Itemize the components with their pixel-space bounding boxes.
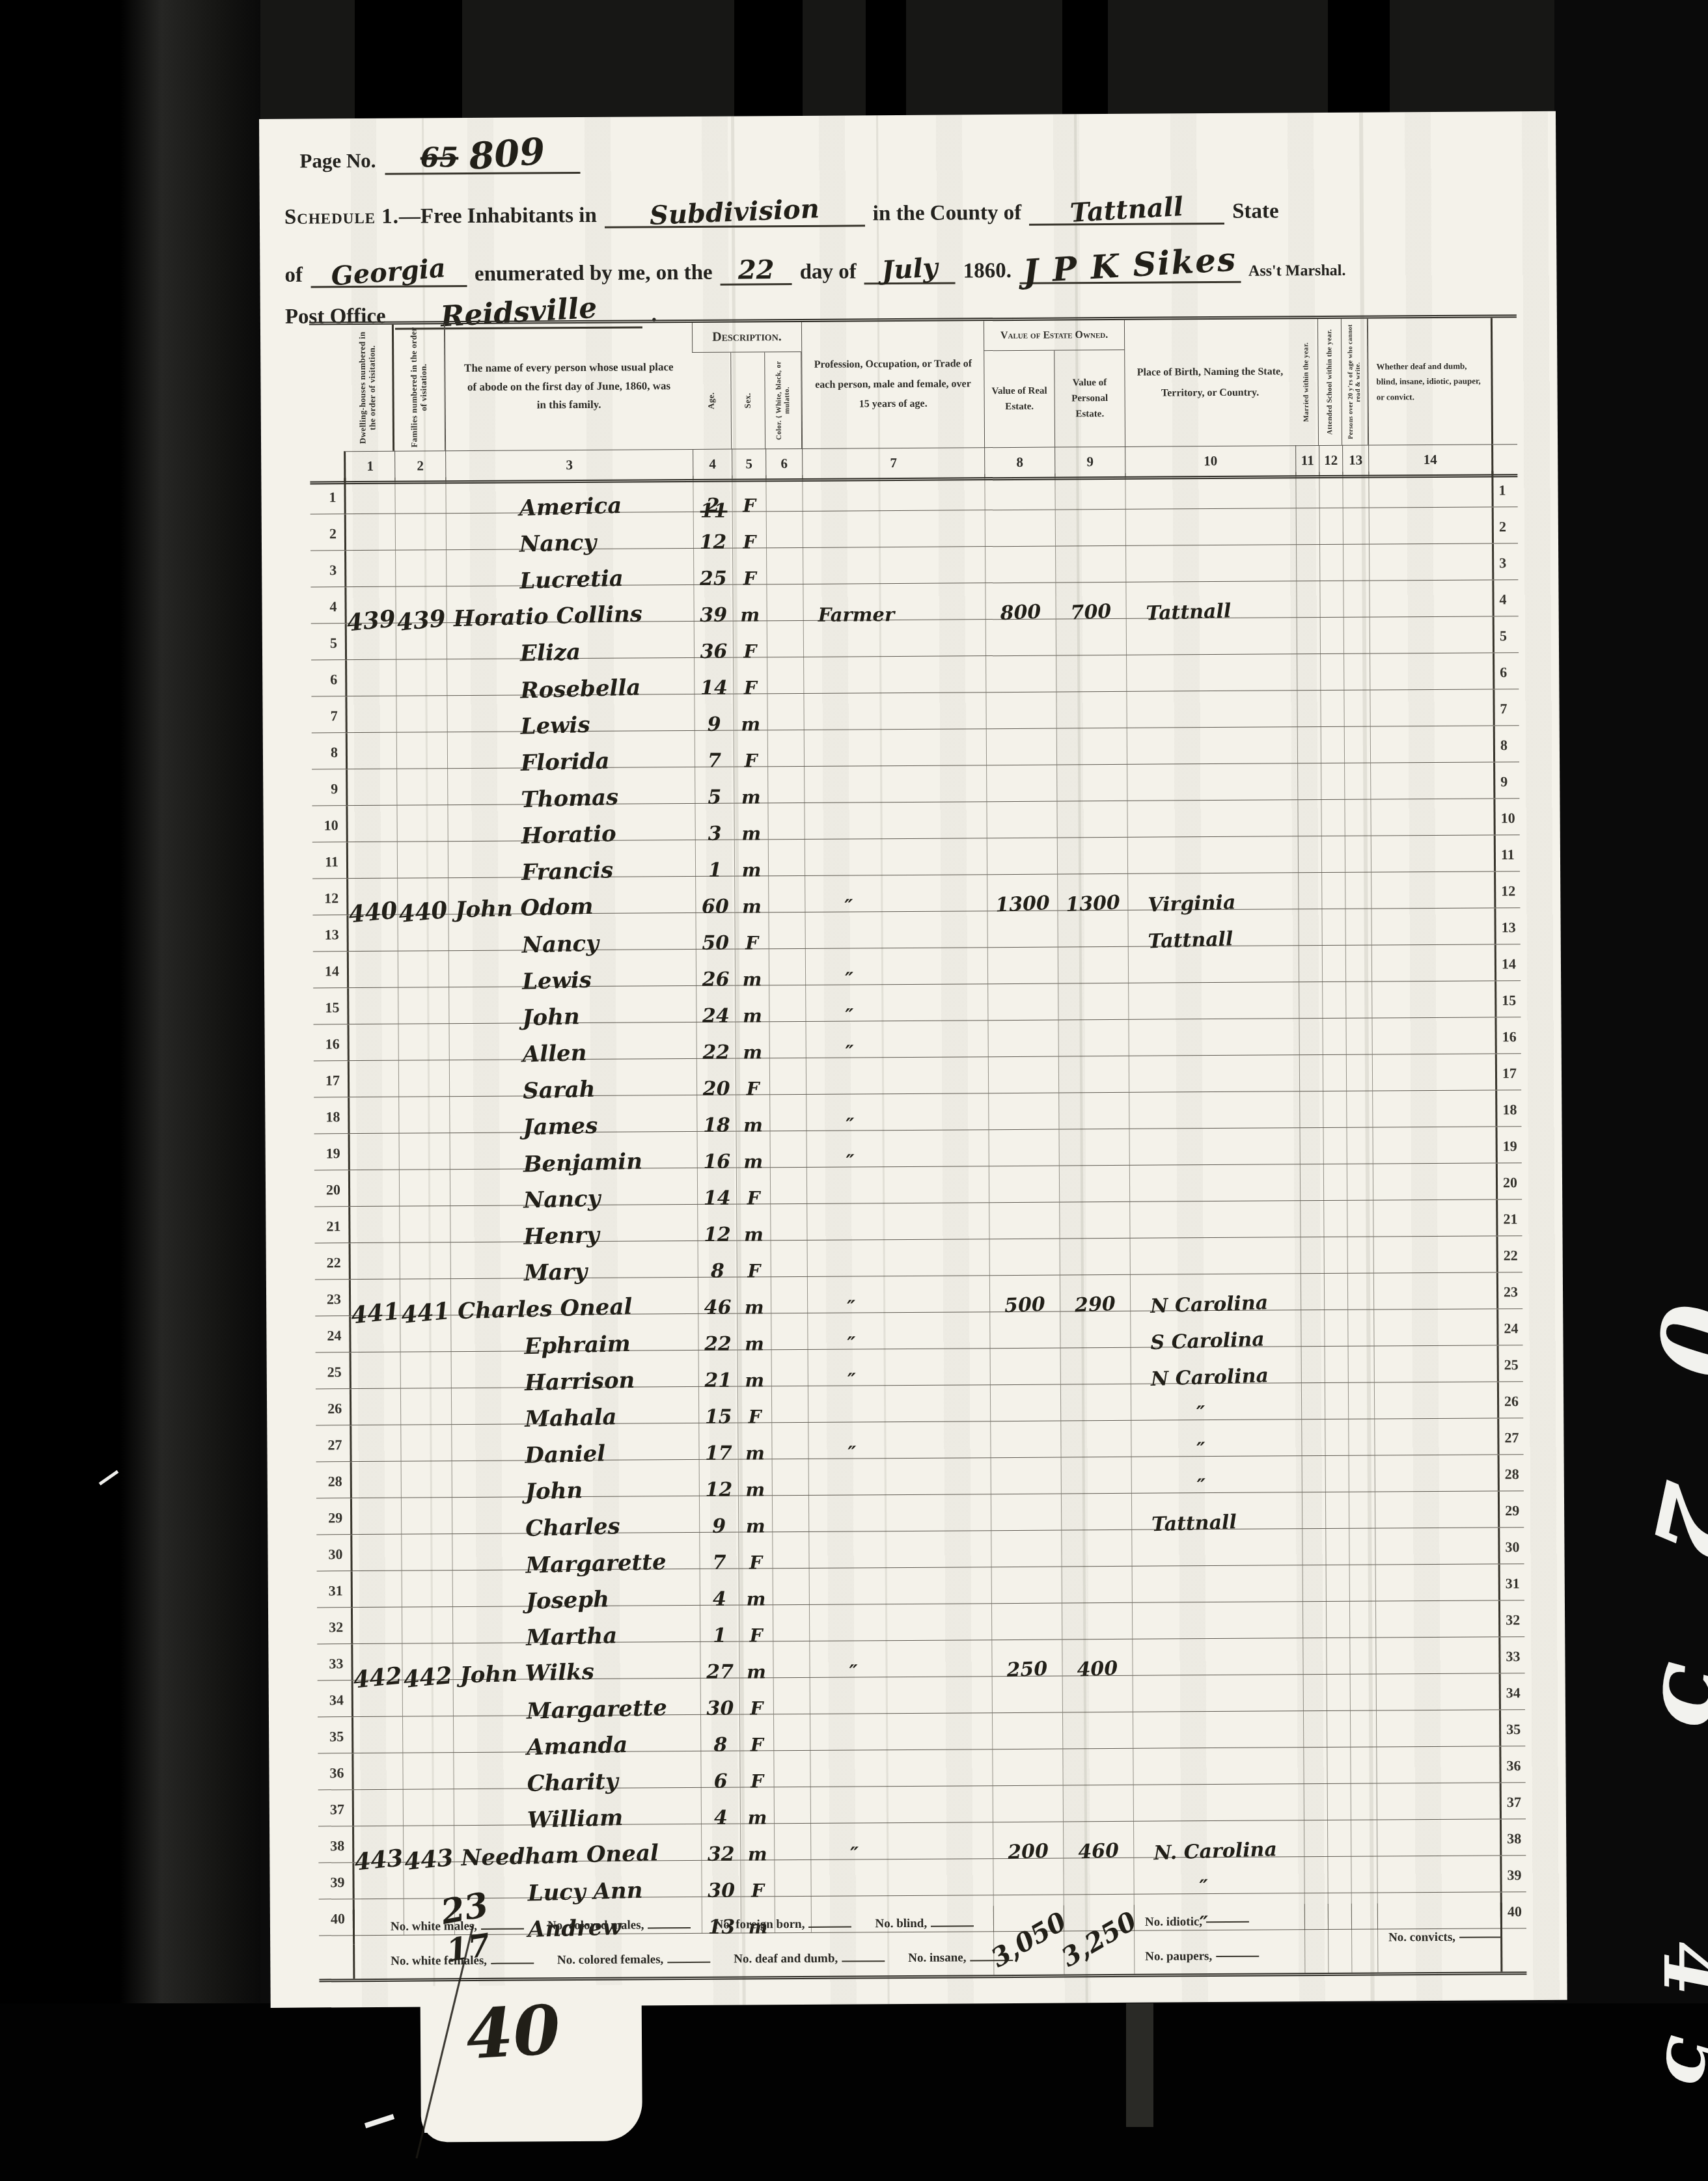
col-header-families: Families numbered in the order of visita… [394, 324, 445, 450]
cannot-read-write [1345, 909, 1371, 945]
person-name: Allen [448, 1022, 696, 1060]
occupation [807, 1239, 989, 1276]
married-within-year [1298, 873, 1321, 909]
cannot-read-write [1348, 1347, 1374, 1382]
personal-estate-value [1061, 1457, 1131, 1494]
real-estate-value [992, 1749, 1062, 1786]
attended-school [1323, 1091, 1346, 1127]
row-line-number-right: 17 [1495, 1054, 1521, 1090]
color [765, 475, 802, 511]
infirmities [1375, 1637, 1498, 1673]
tally-label: No. deaf and dumb, [734, 1951, 838, 1966]
row-line-number: 29 [316, 1498, 350, 1534]
color [771, 1423, 808, 1459]
tally-blank [648, 1927, 691, 1928]
person-name: Mary [450, 1241, 698, 1278]
sex: F [733, 621, 767, 657]
row-line-number-right: 32 [1498, 1600, 1524, 1636]
married-within-year [1299, 946, 1322, 981]
tally-label: No. colored males, [547, 1918, 644, 1933]
color [766, 548, 803, 584]
occupation: ″ [805, 948, 987, 985]
occupation: ″ [806, 1093, 988, 1131]
attended-school [1327, 1748, 1350, 1783]
married-within-year [1299, 1128, 1323, 1164]
attended-school [1320, 654, 1343, 690]
dwelling-number: 439 [344, 587, 395, 623]
film-bottom-band [0, 2003, 1708, 2181]
married-within-year [1297, 800, 1321, 836]
attended-school [1322, 1019, 1345, 1054]
family-number [400, 1315, 450, 1351]
occupation [804, 802, 986, 839]
color [771, 1386, 808, 1422]
cannot-read-write [1344, 727, 1370, 763]
age: 18 [696, 1095, 736, 1131]
real-estate-value [984, 474, 1054, 510]
row-line-number-right: 36 [1499, 1746, 1525, 1782]
row-line-number: 5 [311, 624, 345, 659]
color [772, 1459, 808, 1495]
personal-estate-value [1060, 1348, 1131, 1384]
birthplace [1125, 545, 1296, 582]
real-estate-value [992, 1713, 1062, 1749]
infirmities [1371, 981, 1494, 1017]
married-within-year [1301, 1237, 1324, 1273]
personal-estate-value [1057, 838, 1127, 874]
birthplace: S Carolina [1130, 1310, 1301, 1347]
dwelling-number [348, 1061, 398, 1097]
infirmities [1370, 799, 1493, 835]
sex: F [740, 1860, 774, 1896]
personal-estate-value [1063, 1785, 1133, 1822]
family-number [394, 477, 445, 513]
col-header-age: Age. [692, 353, 732, 449]
married-within-year [1297, 618, 1320, 653]
person-name: Horatio [447, 804, 695, 841]
age: 24 [696, 986, 735, 1022]
row-line-number-right: 7 [1493, 689, 1519, 725]
dwelling-number [349, 1316, 400, 1352]
real-estate-value [986, 729, 1056, 765]
person-name: John [452, 1460, 699, 1497]
enumerated-label: enumerated by me, on the [475, 261, 713, 286]
occupation: ″ [807, 1312, 989, 1349]
col-header-real-estate: Value of Real Estate. [984, 351, 1054, 448]
sex: F [739, 1751, 773, 1787]
married-within-year [1302, 1492, 1325, 1528]
color [774, 1860, 810, 1896]
infirmities [1375, 1564, 1498, 1600]
attended-school [1319, 581, 1343, 617]
col-number: 4 [693, 449, 732, 479]
age: 5 [695, 767, 734, 803]
col-header-color: Color. { White, black, or mulatto. [765, 352, 802, 448]
family-number [397, 914, 448, 950]
age: 25 [693, 549, 732, 584]
footer-empty-cell [1328, 1904, 1352, 1973]
row-line-number: 6 [311, 660, 345, 696]
cannot-read-write [1343, 545, 1369, 581]
tally-label: No. blind, [875, 1916, 927, 1930]
birthplace [1129, 1128, 1300, 1165]
row-line-number: 15 [313, 988, 347, 1024]
day-of-label: day of [800, 260, 857, 284]
sex: F [739, 1605, 773, 1641]
cannot-read-write [1349, 1565, 1375, 1601]
attended-school [1325, 1420, 1348, 1455]
real-estate-value [985, 510, 1055, 547]
color [767, 730, 804, 766]
film-edge-digit: 0 [1642, 1299, 1708, 1382]
convicts-tally: No. convicts, [1377, 1902, 1501, 1972]
color [767, 657, 803, 693]
attended-school [1321, 836, 1345, 872]
infirmities [1373, 1272, 1496, 1309]
family-number [395, 514, 446, 549]
infirmities [1373, 1163, 1496, 1200]
occupation [803, 620, 985, 657]
person-name: Nancy [450, 1168, 697, 1205]
attended-school [1325, 1492, 1349, 1528]
married-within-year [1303, 1748, 1327, 1783]
real-estate-value [988, 1057, 1058, 1093]
row-line-number-right: 5 [1493, 616, 1519, 652]
married-within-year [1301, 1347, 1325, 1382]
dwelling-number [350, 1498, 401, 1534]
birthplace [1126, 691, 1297, 728]
person-name: Lewis [447, 694, 694, 732]
page-no-label: Page No. [299, 149, 376, 173]
family-number: 443 [403, 1826, 454, 1861]
person-name: Henry [450, 1205, 697, 1242]
age: 17 [698, 1423, 737, 1459]
infirmities [1373, 1236, 1496, 1272]
row-line-number-right: 18 [1495, 1090, 1521, 1126]
row-line-number-right: 34 [1499, 1673, 1525, 1709]
person-name: Charles [452, 1496, 699, 1533]
birthplace [1125, 508, 1296, 545]
personal-estate-value: 290 [1060, 1275, 1130, 1311]
infirmities [1369, 543, 1492, 580]
attended-school [1324, 1310, 1347, 1346]
state-word: State [1232, 199, 1279, 223]
birthplace [1127, 727, 1297, 764]
real-estate-value [993, 1786, 1063, 1822]
row-line-number-right: 19 [1495, 1127, 1521, 1162]
dwelling-number [348, 1207, 399, 1242]
age: 16 [697, 1132, 736, 1168]
dwelling-number [347, 952, 398, 987]
film-edge-digit: 5 [1652, 2033, 1708, 2094]
married-within-year [1304, 1784, 1327, 1820]
married-within-year [1302, 1529, 1325, 1565]
attended-school [1320, 691, 1343, 726]
attended-school [1326, 1565, 1349, 1601]
infirmities [1370, 762, 1493, 799]
personal-estate-value [1056, 765, 1127, 801]
birthplace [1127, 800, 1297, 837]
real-estate-value [990, 1385, 1060, 1421]
col-number: 8 [984, 447, 1054, 478]
family-number [400, 1425, 451, 1461]
person-name: Florida [447, 731, 695, 768]
married-within-year [1301, 1274, 1324, 1310]
age: 27 [700, 1642, 739, 1678]
real-estate-value: 1300 [987, 875, 1057, 911]
color [768, 840, 805, 875]
age: 26 [696, 950, 735, 985]
row-line-number-right: 31 [1498, 1564, 1524, 1600]
cannot-read-write [1344, 800, 1370, 836]
birthplace: ″ [1133, 1857, 1304, 1894]
infirmities [1372, 1090, 1495, 1127]
page-no-struck: 65 [420, 144, 459, 171]
row-line-number-right: 25 [1497, 1345, 1523, 1381]
row-line-number: 26 [316, 1389, 350, 1425]
real-estate-value [987, 838, 1057, 875]
tally-blank [842, 1960, 885, 1962]
age: 60 [695, 877, 734, 912]
year-label: 1860. [963, 259, 1012, 283]
personal-estate-value [1059, 1166, 1129, 1202]
row-line-number-right: 37 [1500, 1783, 1526, 1818]
birthplace: Tattnall [1125, 581, 1296, 618]
row-line-number-right: 1 [1491, 471, 1517, 506]
age-correction: 11 [700, 502, 728, 521]
of-word: of [284, 264, 303, 288]
sex: m [737, 1423, 771, 1459]
birthplace: N Carolina [1131, 1347, 1301, 1384]
birthplace: ″ [1131, 1456, 1302, 1493]
sex: F [732, 548, 766, 584]
color [773, 1714, 810, 1750]
attended-school [1325, 1456, 1349, 1492]
infirmities [1377, 1819, 1500, 1856]
married-within-year [1301, 1383, 1325, 1419]
attended-school [1321, 727, 1344, 763]
row-line-number-right: 23 [1496, 1272, 1522, 1308]
dwelling-number [350, 1352, 400, 1388]
family-number: 439 [395, 586, 446, 622]
row-line-number: 12 [312, 879, 346, 914]
film-edge-digit: 4 [1652, 1941, 1708, 1996]
enumeration-line: of Georgia enumerated by me, on the 22 d… [284, 248, 1345, 289]
attended-school [1325, 1529, 1349, 1565]
family-number [402, 1753, 453, 1789]
cannot-read-write [1343, 654, 1370, 690]
census-scan-page: 0 2 5 4 5 Page No. 65 809 Schedule 1.—Fr… [0, 0, 1708, 2181]
married-within-year [1299, 1055, 1323, 1091]
real-estate-value [987, 984, 1058, 1021]
real-estate-value [985, 693, 1056, 729]
row-line-number: 13 [312, 915, 346, 951]
real-estate-value [989, 1166, 1059, 1203]
color [768, 912, 805, 948]
row-line-number-right: 13 [1494, 908, 1520, 944]
row-line-number: 37 [318, 1790, 352, 1826]
attended-school [1323, 1164, 1347, 1200]
row-line-number-right: 20 [1496, 1163, 1522, 1199]
infirmities [1375, 1528, 1498, 1564]
sex: m [737, 1277, 771, 1313]
family-number [399, 1133, 450, 1169]
row-line-number-right: 9 [1493, 762, 1519, 798]
attended-school [1324, 1274, 1347, 1310]
attended-school [1326, 1638, 1349, 1674]
infirmities [1373, 1309, 1496, 1345]
family-number [402, 1716, 453, 1752]
real-estate-value [991, 1531, 1061, 1567]
personal-estate-value [1058, 1093, 1129, 1129]
col-header-name: The name of every person whose usual pla… [445, 323, 693, 450]
age: 9 [694, 694, 733, 730]
color [770, 1204, 806, 1240]
attended-school [1327, 1820, 1351, 1856]
family-number [398, 1060, 449, 1096]
person-name: John Odom [448, 877, 695, 914]
attended-school [1325, 1347, 1348, 1382]
cannot-read-write [1347, 1164, 1373, 1200]
row-line-number: 23 [315, 1280, 349, 1315]
family-number [396, 659, 447, 695]
married-within-year [1300, 1164, 1323, 1200]
infirmities [1371, 944, 1494, 981]
col-number: 13 [1342, 445, 1368, 475]
married-within-year [1299, 1019, 1322, 1054]
married-within-year [1298, 909, 1321, 945]
film-streak [355, 0, 462, 125]
col-header-sex: Sex. [731, 352, 765, 448]
attended-school [1319, 472, 1342, 508]
dwelling-number [345, 696, 396, 732]
age: 36 [694, 622, 733, 657]
personal-estate-value [1058, 983, 1128, 1020]
dwelling-number: 440 [346, 879, 397, 914]
dwelling-number [344, 514, 395, 550]
person-name: Lucy Ann [454, 1861, 701, 1898]
row-line-number: 34 [318, 1680, 351, 1716]
color [773, 1678, 810, 1714]
sex: F [736, 1168, 770, 1203]
personal-estate-value [1063, 1858, 1133, 1895]
married-within-year [1302, 1638, 1326, 1674]
age: 7 [699, 1533, 738, 1569]
sex: m [738, 1459, 772, 1495]
person-name: Charles Oneal [450, 1278, 698, 1315]
table-body: 1America2F12Nancy1211F23Lucretia25F34439… [310, 471, 1526, 1936]
infirmities [1376, 1710, 1499, 1746]
real-estate-value [989, 1203, 1059, 1239]
age: 14 [697, 1168, 736, 1204]
film-light-streak [1126, 2003, 1153, 2127]
married-within-year [1297, 727, 1321, 763]
age: 12 [699, 1460, 738, 1496]
row-line-number: 21 [314, 1207, 348, 1242]
col-header-infirmities: Whether deaf and dumb, blind, insane, id… [1368, 318, 1491, 445]
real-estate-value [991, 1458, 1061, 1494]
col-header-cannot-read: Persons over 20 y'rs of age who cannot r… [1342, 319, 1368, 445]
row-line-number-right: 14 [1494, 944, 1521, 980]
row-line-number-right: 12 [1494, 871, 1520, 907]
row-line-number: 25 [316, 1352, 350, 1388]
family-number: 440 [397, 878, 448, 914]
col-number: 5 [732, 448, 765, 478]
age: 32 [701, 1824, 740, 1860]
birthplace: N. Carolina [1133, 1820, 1304, 1858]
person-name: Daniel [451, 1423, 698, 1461]
infirmities [1371, 871, 1494, 908]
person-name: William [454, 1788, 701, 1825]
infirmities [1370, 689, 1493, 726]
attended-school [1326, 1602, 1349, 1638]
infirmities [1372, 1054, 1495, 1090]
color [769, 985, 805, 1021]
row-line-number: 27 [316, 1425, 350, 1461]
person-name: Margarette [452, 1533, 699, 1570]
row-line-number-right: 16 [1494, 1017, 1521, 1053]
color [767, 694, 803, 730]
film-edge-digit: 5 [1646, 1659, 1708, 1738]
row-line-number-right: 8 [1493, 726, 1519, 761]
age: 20 [696, 1059, 736, 1095]
color [767, 621, 803, 657]
dwelling-number [350, 1462, 401, 1498]
person-name: James [449, 1095, 696, 1132]
dwelling-number [351, 1680, 402, 1716]
age: 6 [700, 1751, 739, 1787]
attended-school [1327, 1675, 1350, 1710]
real-estate-value [989, 1130, 1059, 1166]
row-line-number-right: 28 [1498, 1455, 1524, 1490]
occupation [810, 1859, 993, 1896]
occupation [806, 1166, 989, 1203]
row-line-number: 11 [312, 842, 346, 878]
sex: m [737, 1350, 771, 1386]
real-estate-value [987, 1021, 1058, 1057]
married-within-year [1300, 1201, 1323, 1237]
row-line-number: 30 [316, 1535, 350, 1571]
married-within-year [1297, 654, 1320, 690]
cannot-read-write [1343, 618, 1370, 653]
birthplace: ″ [1131, 1420, 1301, 1457]
infirmities [1371, 1017, 1494, 1054]
county-value: Tattnall [1069, 194, 1184, 226]
occupation: ″ [808, 1349, 990, 1386]
cannot-read-write [1350, 1675, 1376, 1710]
color [766, 512, 803, 547]
color [769, 1095, 806, 1131]
birthplace [1130, 1237, 1301, 1274]
occupation [806, 1203, 989, 1240]
infirmities [1369, 507, 1492, 543]
age: 8 [700, 1715, 739, 1751]
person-name: Amanda [453, 1715, 700, 1752]
dwelling-number [351, 1717, 402, 1753]
col-number: 6 [765, 448, 802, 478]
person-name: Mahala [451, 1387, 698, 1424]
personal-estate-value [1062, 1712, 1133, 1749]
age: 1 [695, 840, 734, 876]
row-line-number-right: 21 [1496, 1200, 1522, 1235]
cannot-read-write [1343, 691, 1370, 726]
personal-estate-value [1056, 728, 1127, 765]
tally-blank [1459, 1936, 1500, 1938]
attended-school [1319, 545, 1343, 581]
row-line-number: 19 [314, 1134, 348, 1170]
personal-estate-total: 3,250 [1064, 1905, 1135, 1975]
personal-estate-value [1061, 1530, 1131, 1567]
